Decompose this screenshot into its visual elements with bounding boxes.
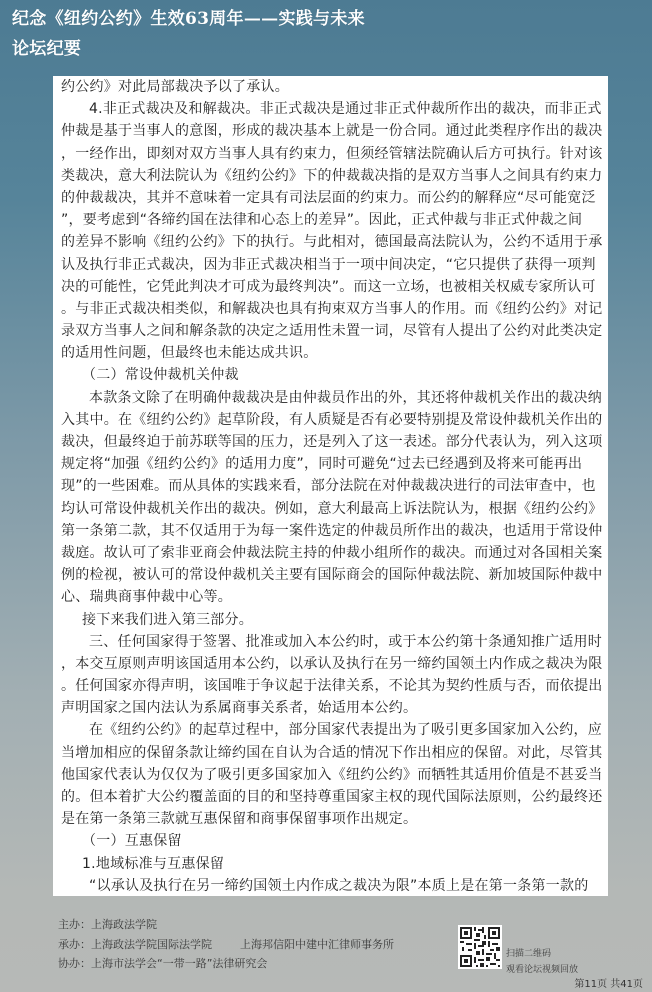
- host-name: 上海政法学院: [91, 918, 157, 931]
- text-line: 。与非正式裁决相类似，和解裁决也具有拘束双方当事人的作用。而《纽约公约》对记: [61, 298, 603, 320]
- text-line: 在《纽约公约》的起草过程中，部分国家代表提出为了吸引更多国家加入公约，应: [61, 719, 603, 741]
- page-header: 纪念《纽约公约》生效63周年——实践与未来 论坛纪要: [12, 4, 365, 64]
- host-row: 主办：上海政法学院: [58, 915, 394, 935]
- text-line: 入其中。在《纽约公约》起草阶段，有人质疑是否有必要特别提及常设仲裁机关作出的: [61, 409, 603, 431]
- page-indicator: 第11页 共41页: [574, 975, 643, 990]
- text-line: ，本交互原则声明该国适用本公约，以承认及执行在另一缔约国领土内作成之裁决为限: [61, 653, 603, 675]
- qr-code-icon[interactable]: [458, 925, 502, 969]
- document-body: 约公约》对此局部裁决予以了承认。4.非正式裁决及和解裁决。非正式裁决是通过非正式…: [61, 76, 603, 896]
- text-line: 声明国家之国内法认为系属商事关系者，始适用本公约。: [61, 697, 603, 719]
- text-line: 例的检视，被认可的常设仲裁机关主要有国际商会的国际仲裁法院、新加坡国际仲裁中: [61, 564, 603, 586]
- text-line: 第一条第二款，其不仅适用于为每一案件选定的仲裁员所作出的裁决，也适用于常设仲: [61, 520, 603, 542]
- text-line: 裁决，但最终迫于前苏联等国的压力，还是列入了这一表述。部分代表认为，列入这项: [61, 431, 603, 453]
- organizer-name-2: 上海邦信阳中建中汇律师事务所: [240, 938, 394, 951]
- text-line: 当增加相应的保留条款让缔约国在自认为合适的情况下作出相应的保留。对此，尽管其: [61, 742, 603, 764]
- text-line: 接下来我们进入第三部分。: [61, 609, 603, 631]
- footer-credits: 主办：上海政法学院 承办：上海政法学院国际法学院上海邦信阳中建中汇律师事务所 协…: [58, 915, 394, 974]
- document-panel[interactable]: 约公约》对此局部裁决予以了承认。4.非正式裁决及和解裁决。非正式裁决是通过非正式…: [53, 76, 608, 896]
- text-line: 他国家代表认为仅仅为了吸引更多国家加入《纽约公约》而牺牲其适用价值是不甚妥当: [61, 764, 603, 786]
- text-line: 裁庭。故认可了索非亚商会仲裁法院主持的仲裁小组所作的裁决。而通过对各国相关案: [61, 542, 603, 564]
- text-line: 录双方当事人之间和解条款的决定之适用性未置一词，尽管有人提出了公约对此类决定: [61, 320, 603, 342]
- text-line: ”，要考虑到“各缔约国在法律和心态上的差异”。因此，正式仲裁与非正式仲裁之间: [61, 209, 603, 231]
- text-line: 认及执行非正式裁决，因为非正式裁决相当于一项中间决定，“它只提供了获得一项判: [61, 254, 603, 276]
- text-line: 三、任何国家得于签署、批准或加入本公约时，或于本公约第十条通知推广适用时: [61, 631, 603, 653]
- text-line: 本款条文除了在明确仲裁裁决是由仲裁员作出的外，其还将仲裁机关作出的裁决纳: [61, 387, 603, 409]
- text-line: 的适用性问题，但最终也未能达成共识。: [61, 342, 603, 364]
- text-line: ，一经作出，即刻对双方当事人具有约束力，但须经管辖法院确认后方可执行。针对该: [61, 143, 603, 165]
- organizer-name-1: 上海政法学院国际法学院: [91, 938, 212, 951]
- qr-caption-watch: 观看论坛视频回放: [506, 962, 578, 975]
- page-subtitle: 论坛纪要: [12, 34, 365, 64]
- organizer-label: 承办：: [58, 938, 91, 951]
- text-line: 的差异不影响《纽约公约》下的执行。与此相对，德国最高法院认为，公约不适用于承: [61, 231, 603, 253]
- text-line: 决的可能性，它凭此判决才可成为最终判决”。而这一立场，也被相关权威专家所认可: [61, 276, 603, 298]
- text-line: 规定将“加强《纽约公约》的适用力度”，同时可避免“过去已经遇到及将来可能再出: [61, 453, 603, 475]
- text-line: 4.非正式裁决及和解裁决。非正式裁决是通过非正式仲裁所作出的裁决，而非正式: [61, 98, 603, 120]
- organizer-row: 承办：上海政法学院国际法学院上海邦信阳中建中汇律师事务所: [58, 935, 394, 955]
- qr-caption-scan: 扫描二维码: [506, 946, 551, 959]
- text-line: 的。但本着扩大公约覆盖面的目的和坚持尊重国家主权的现代国际法原则，公约最终还: [61, 786, 603, 808]
- text-line: 心、瑞典商事仲裁中心等。: [61, 586, 603, 608]
- co-organizer-name: 上海市法学会“一带一路”法律研究会: [91, 957, 267, 970]
- text-line: 均认可常设仲裁机关作出的裁决。例如，意大利最高上诉法院认为，根据《纽约公约》: [61, 498, 603, 520]
- text-line: 。任何国家亦得声明，该国唯于争议起于法律关系，不论其为契约性质与否，而依提出: [61, 675, 603, 697]
- text-line: 是在第一条第三款就互惠保留和商事保留事项作出规定。: [61, 808, 603, 830]
- host-label: 主办：: [58, 918, 91, 931]
- text-line: （二）常设仲裁机关仲裁: [61, 364, 603, 386]
- text-line: 约公约》对此局部裁决予以了承认。: [61, 76, 603, 98]
- text-line: 仲裁是基于当事人的意图，形成的裁决基本上就是一份合同。通过此类程序作出的裁决: [61, 120, 603, 142]
- text-line: 的仲裁裁决，其并不意味着一定具有司法层面的约束力。而公约的解释应“尽可能宽泛: [61, 187, 603, 209]
- text-line: （一）互惠保留: [61, 830, 603, 852]
- co-organizer-row: 协办：上海市法学会“一带一路”法律研究会: [58, 954, 394, 974]
- text-line: 类裁决，意大利法院认为《纽约公约》下的仲裁裁决指的是双方当事人之间具有约束力: [61, 165, 603, 187]
- text-line: “以承认及执行在另一缔约国领土内作成之裁决为限”本质上是在第一条第一款的: [61, 875, 603, 896]
- page-title: 纪念《纽约公约》生效63周年——实践与未来: [12, 4, 365, 34]
- text-line: 1.地域标准与互惠保留: [61, 853, 603, 875]
- text-line: 现”的一些困难。而从具体的实践来看，部分法院在对仲裁裁决进行的司法审查中，也: [61, 475, 603, 497]
- co-organizer-label: 协办：: [58, 957, 91, 970]
